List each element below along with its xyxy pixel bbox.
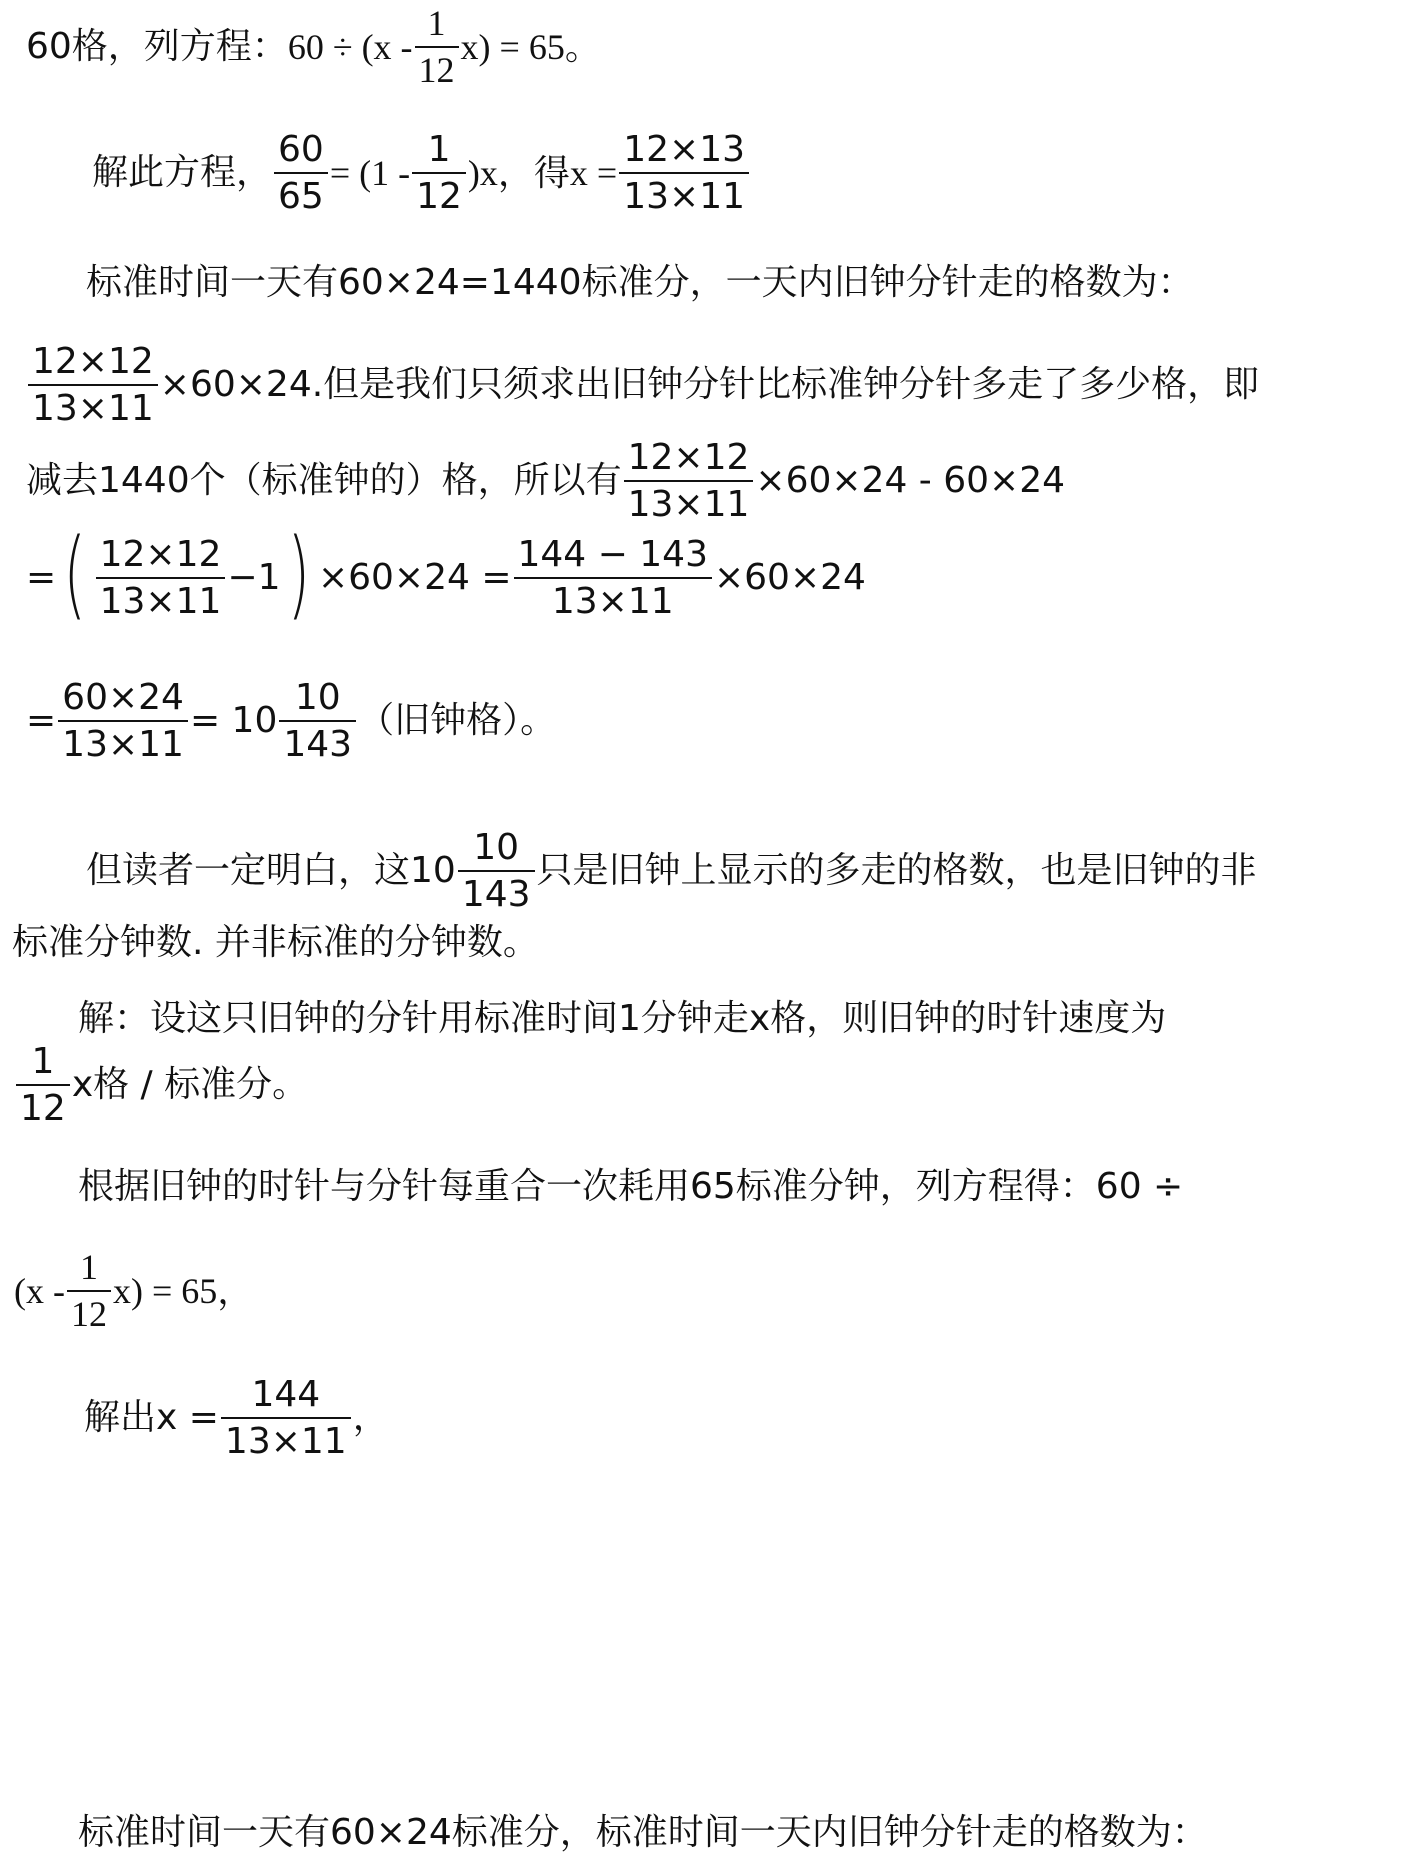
denominator: 12 [67,1294,111,1335]
math-text: ×60×24 - 60×24 [755,463,1065,499]
fraction: 60 65 [274,129,328,218]
fraction-bar [221,1417,351,1419]
paragraph-text: 根据旧钟的时针与分针每重合一次耗用65标准分钟，列方程得：60 ÷ [78,1169,1183,1205]
denominator: 12 [412,176,466,217]
fraction-bar [67,1290,111,1292]
fraction: 144 − 143 13×11 [514,534,712,623]
math-text: x) = 65， [113,1273,253,1309]
paragraph-line-10: 解：设这只旧钟的分针用标准时间1分钟走x格，则旧钟的时针速度为 [78,994,1166,1044]
numerator: 60×24 [58,677,188,718]
numerator: 60 [274,129,328,170]
fraction: 10 143 [279,677,356,766]
fraction-bar [415,46,459,48]
fraction: 12×12 13×11 [624,437,754,526]
text-prefix: 但读者一定明白，这10 [86,853,456,889]
paragraph-line-15: 标准时间一天有60×24标准分，标准时间一天内旧钟分针走的格数为： [78,1808,1208,1858]
numerator: 12×12 [96,534,226,575]
fraction-bar [16,1084,70,1086]
equation-line-14: 解出x = 144 13×11 ， [84,1368,389,1468]
numerator: 10 [469,827,523,868]
paragraph-line-9: 标准分钟数. 并非标准的分钟数。 [12,918,539,968]
numerator: 144 [247,1374,324,1415]
equation-line-6: = ( 12×12 13×11 −1 ) ×60×24 = 144 − 143 … [26,530,866,626]
equation-line-2: 解此方程， 60 65 = (1 - 1 12 )x，得x = 12×13 13… [92,128,751,218]
paragraph-line-11: 1 12 x格 / 标准分。 [14,1040,308,1130]
math-text: ×60×24 [714,560,866,596]
paragraph-text: x格 / 标准分。 [72,1067,308,1103]
denominator: 13×11 [221,1421,351,1462]
math-text: )x，得x = [468,155,617,191]
numerator: 10 [291,677,345,718]
paragraph-text: 解：设这只旧钟的分针用标准时间1分钟走x格，则旧钟的时针速度为 [78,1001,1166,1037]
numerator: 12×12 [624,437,754,478]
equals-sign: = [26,560,56,596]
denominator: 13×11 [624,484,754,525]
fraction: 1 12 [415,3,459,92]
paragraph-text: 标准时间一天有60×24标准分，标准时间一天内旧钟分针走的格数为： [78,1815,1208,1851]
text-prefix: 减去1440个（标准钟的）格，所以有 [26,463,622,499]
numerator: 1 [27,1041,58,1082]
equation-line-13: (x - 1 12 x) = 65， [14,1246,253,1336]
fraction: 1 12 [16,1041,70,1130]
denominator: 143 [458,874,535,915]
math-text: ×60×24 = [318,560,512,596]
equation-line-4: 12×12 13×11 ×60×24.但是我们只须求出旧钟分针比标准钟分针多走了… [26,340,1259,430]
numerator: 12×13 [619,129,749,170]
denominator: 13×11 [58,724,188,765]
numerator: 1 [76,1247,102,1288]
equals-sign: = [26,703,56,739]
paragraph-line-12: 根据旧钟的时针与分针每重合一次耗用65标准分钟，列方程得：60 ÷ [78,1162,1183,1212]
numerator: 144 − 143 [514,534,712,575]
text-prefix: 解此方程， [92,155,272,191]
equation-line-7: = 60×24 13×11 = 10 10 143 （旧钟格）。 [26,676,556,766]
denominator: 143 [279,724,356,765]
left-paren: ( [64,526,86,622]
right-paren: ) [288,526,310,622]
denominator: 65 [274,176,328,217]
fraction: 144 13×11 [221,1374,351,1463]
paragraph-text: 标准时间一天有60×24=1440标准分，一天内旧钟分针走的格数为： [86,265,1194,301]
fraction: 12×13 13×11 [619,129,749,218]
math-text: 60 ÷ (x - [288,29,413,65]
denominator: 12 [415,50,459,91]
fraction: 10 143 [458,827,535,916]
paragraph-text: 只是旧钟上显示的多走的格数，也是旧钟的非 [537,853,1257,889]
denominator: 13×11 [28,388,158,429]
denominator: 12 [16,1088,70,1129]
math-text: = (1 - [330,155,410,191]
paragraph-line-3: 标准时间一天有60×24=1440标准分，一天内旧钟分针走的格数为： [86,258,1194,308]
paragraph-text: （旧钟格）。 [358,703,556,739]
denominator: 13×11 [619,176,749,217]
paragraph-text: 标准分钟数. 并非标准的分钟数。 [12,925,539,961]
fraction-bar [279,720,356,722]
math-text: x) = 65。 [461,29,601,65]
math-text: = 10 [190,703,277,739]
fraction-bar [58,720,188,722]
paragraph-text: ×60×24.但是我们只须求出旧钟分针比标准钟分针多走了多少格，即 [160,367,1259,403]
fraction-bar [619,172,749,174]
fraction-bar [624,480,754,482]
numerator: 1 [424,3,450,44]
fraction: 1 12 [412,129,466,218]
fraction-bar [28,384,158,386]
fraction: 12×12 13×11 [96,534,226,623]
math-text: ， [353,1400,389,1436]
math-text: −1 [227,560,280,596]
numerator: 12×12 [28,341,158,382]
fraction-bar [412,172,466,174]
math-text: (x - [14,1273,65,1309]
fraction: 12×12 13×11 [28,341,158,430]
fraction-bar [458,870,535,872]
equation-line-5: 减去1440个（标准钟的）格，所以有 12×12 13×11 ×60×24 - … [26,436,1065,526]
denominator: 13×11 [548,581,678,622]
equation-line-1: 60格，列方程： 60 ÷ (x - 1 12 x) = 65。 [26,14,601,80]
fraction: 60×24 13×11 [58,677,188,766]
denominator: 13×11 [96,581,226,622]
text-prefix: 60格，列方程： [26,29,288,65]
numerator: 1 [424,129,455,170]
fraction-bar [274,172,328,174]
fraction: 1 12 [67,1247,111,1336]
fraction-bar [514,577,712,579]
text-prefix: 解出x = [84,1400,219,1436]
fraction-bar [96,577,226,579]
paragraph-line-8: 但读者一定明白，这10 10 143 只是旧钟上显示的多走的格数，也是旧钟的非 [86,826,1257,916]
